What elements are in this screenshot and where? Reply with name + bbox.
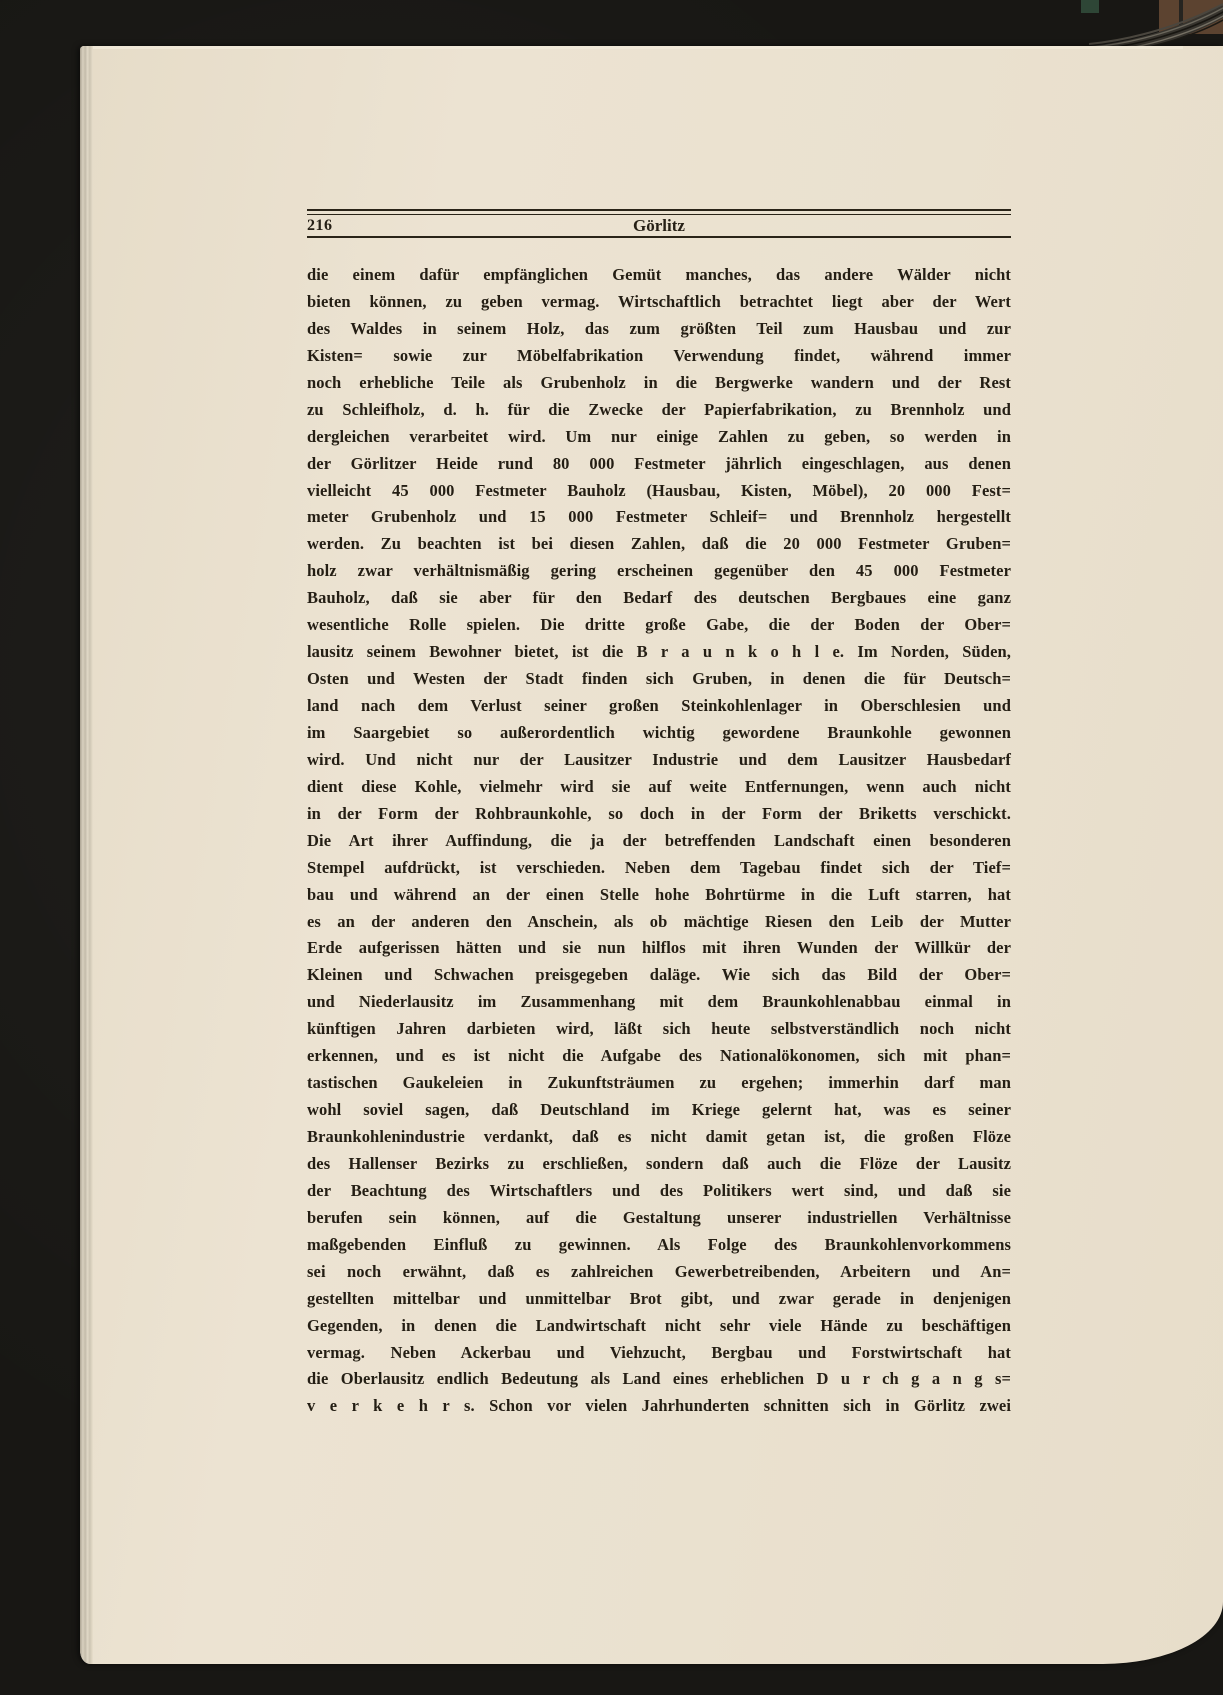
page-body-text: die einem dafür empfänglichen Gemüt manc… — [307, 262, 1011, 1420]
header-row: 216 Görlitz — [307, 215, 1011, 236]
text-line: vermag. Neben Ackerbau und Viehzucht, Be… — [307, 1340, 1011, 1367]
text-line: gestellten mittelbar und unmittelbar Bro… — [307, 1286, 1011, 1313]
text-line: der Görlitzer Heide rund 80 000 Festmete… — [307, 451, 1011, 478]
book-headband-green — [1081, 0, 1099, 13]
text-line: Kleinen und Schwachen preisgegeben daläg… — [307, 962, 1011, 989]
text-line: land nach dem Verlust seiner großen Stei… — [307, 693, 1011, 720]
text-line: wesentliche Rolle spielen. Die dritte gr… — [307, 612, 1011, 639]
text-line: berufen sein können, auf die Gestaltung … — [307, 1205, 1011, 1232]
text-line: Braunkohlenindustrie verdankt, daß es ni… — [307, 1124, 1011, 1151]
text-line: bau und während an der einen Stelle hohe… — [307, 882, 1011, 909]
text-line: Osten und Westen der Stadt finden sich G… — [307, 666, 1011, 693]
text-line: im Saargebiet so außerordentlich wichtig… — [307, 720, 1011, 747]
text-line: wird. Und nicht nur der Lausitzer Indust… — [307, 747, 1011, 774]
text-line: und Niederlausitz im Zusammenhang mit de… — [307, 989, 1011, 1016]
text-line: Erde aufgerissen hätten und sie nun hilf… — [307, 935, 1011, 962]
text-line: sei noch erwähnt, daß es zahlreichen Gew… — [307, 1259, 1011, 1286]
page-edge — [80, 46, 93, 1664]
text-line: dergleichen verarbeitet wird. Um nur ein… — [307, 424, 1011, 451]
text-line: zu Schleifholz, d. h. für die Zwecke der… — [307, 397, 1011, 424]
text-line: Stempel aufdrückt, ist verschieden. Nebe… — [307, 855, 1011, 882]
text-line: maßgebenden Einfluß zu gewinnen. Als Fol… — [307, 1232, 1011, 1259]
text-line: Kisten= sowie zur Möbelfabrikation Verwe… — [307, 343, 1011, 370]
text-line: des Waldes in seinem Holz, das zum größt… — [307, 316, 1011, 343]
text-line: der Beachtung des Wirtschaftlers und des… — [307, 1178, 1011, 1205]
text-line: künftigen Jahren darbieten wird, läßt si… — [307, 1016, 1011, 1043]
text-line: noch erhebliche Teile als Grubenholz in … — [307, 370, 1011, 397]
text-line: Die Art ihrer Auffindung, die ja der bet… — [307, 828, 1011, 855]
book-page: 216 Görlitz die einem dafür empfängliche… — [80, 46, 1223, 1664]
text-line: meter Grubenholz und 15 000 Festmeter Sc… — [307, 504, 1011, 531]
text-line: lausitz seinem Bewohner bietet, ist die … — [307, 639, 1011, 666]
text-line: die einem dafür empfänglichen Gemüt manc… — [307, 262, 1011, 289]
text-line: wohl soviel sagen, daß Deutschland im Kr… — [307, 1097, 1011, 1124]
page-top-edge-highlight — [93, 46, 1183, 49]
text-line: es an der anderen den Anschein, als ob m… — [307, 909, 1011, 936]
text-line: des Hallenser Bezirks zu erschließen, so… — [307, 1151, 1011, 1178]
text-line: v e r k e h r s. Schon vor vielen Jahrhu… — [307, 1393, 1011, 1420]
text-line: holz zwar verhältnismäßig gering erschei… — [307, 558, 1011, 585]
text-line: vielleicht 45 000 Festmeter Bauholz (Hau… — [307, 478, 1011, 505]
text-line: Gegenden, in denen die Landwirtschaft ni… — [307, 1313, 1011, 1340]
text-line: bieten können, zu geben vermag. Wirtscha… — [307, 289, 1011, 316]
page-header: 216 Görlitz — [307, 209, 1011, 238]
text-line: tastischen Gaukeleien in Zukunftsträumen… — [307, 1070, 1011, 1097]
header-single-rule — [307, 236, 1011, 238]
text-line: Bauholz, daß sie aber für den Bedarf des… — [307, 585, 1011, 612]
running-title: Görlitz — [307, 216, 1011, 236]
scan-background: 216 Görlitz die einem dafür empfängliche… — [0, 0, 1223, 1695]
text-line: erkennen, und es ist nicht die Aufgabe d… — [307, 1043, 1011, 1070]
text-line: dient diese Kohle, vielmehr wird sie auf… — [307, 774, 1011, 801]
text-line: in der Form der Rohbraunkohle, so doch i… — [307, 801, 1011, 828]
text-line: die Oberlausitz endlich Bedeutung als La… — [307, 1366, 1011, 1393]
text-line: werden. Zu beachten ist bei diesen Zahle… — [307, 531, 1011, 558]
